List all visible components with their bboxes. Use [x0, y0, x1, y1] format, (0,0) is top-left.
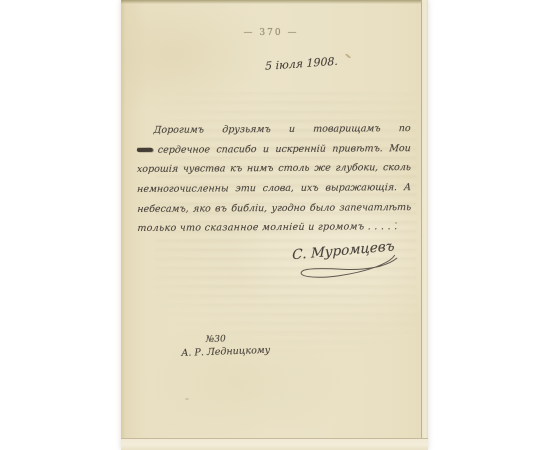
foxing-spot: [345, 53, 351, 58]
foxing-spot: [395, 222, 397, 224]
letter-line: небесамъ, яко въ библіи, угодно было зап…: [137, 198, 412, 220]
letter-line: сердечное спасибо и искренній привѣтъ. М…: [136, 139, 411, 161]
strikethrough-mark: [137, 148, 153, 152]
letter-line: Дорогимъ друзьямъ и товарищамъ по заключ…: [136, 119, 411, 141]
letter-date: 5 іюля 1908.: [265, 54, 345, 73]
scan-viewport: — 370 — 5 іюля 1908. Дорогимъ друзьямъ и…: [0, 0, 550, 450]
page-fore-edge: [421, 0, 428, 438]
page-bottom-edge: [121, 438, 428, 450]
page-number: — 370 —: [121, 28, 421, 38]
page-top-edge: [121, 0, 428, 4]
letter-line: только что сказанное молніей и громомъ .…: [137, 217, 412, 239]
letter-line: немногочисленны эти слова, ихъ выражающі…: [136, 178, 411, 200]
letter-line-text: сердечное спасибо и искренній привѣтъ. М…: [157, 143, 411, 156]
foxing-spot: [185, 398, 189, 400]
footnote-addressee: А. Р. Ледницкому: [181, 344, 291, 360]
letter-line: хорошія чувства къ нимъ столь же глубоки…: [136, 158, 411, 180]
footnote: №30 А. Р. Ледницкому: [181, 331, 292, 360]
book-page: — 370 — 5 іюля 1908. Дорогимъ друзьямъ и…: [121, 0, 428, 450]
letter-body: Дорогимъ друзьямъ и товарищамъ по заключ…: [137, 119, 412, 239]
